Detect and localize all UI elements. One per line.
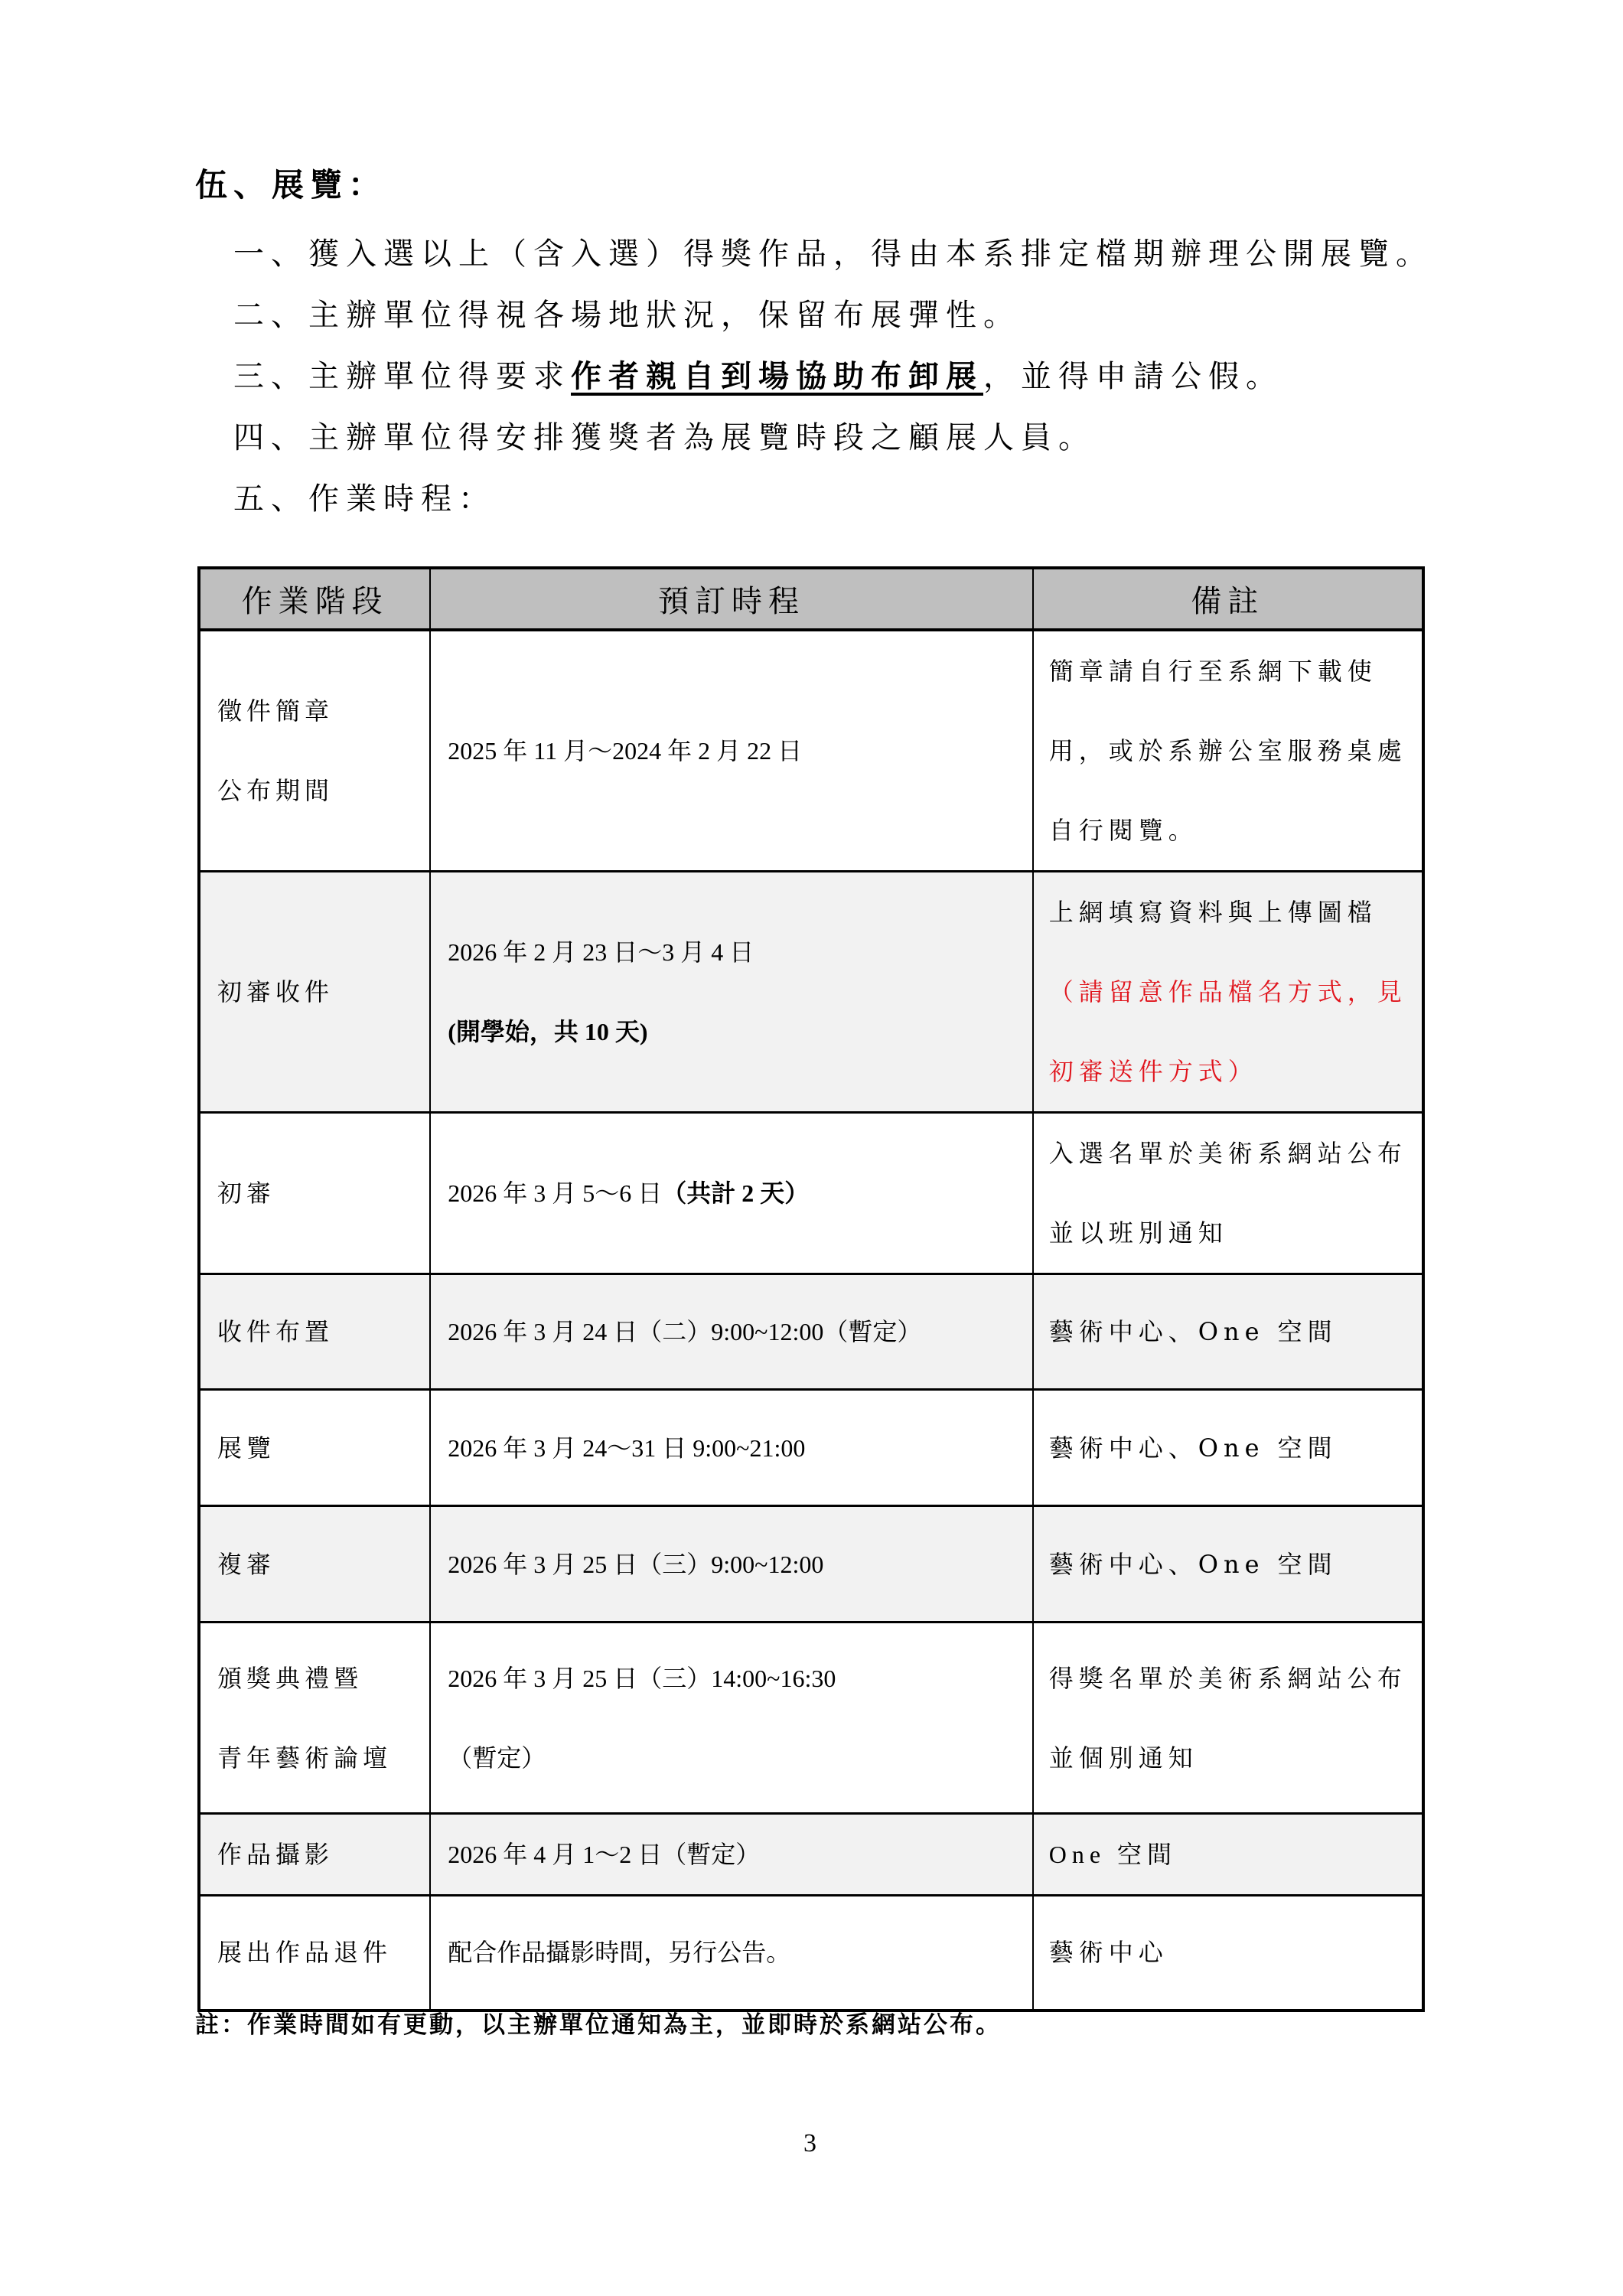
schedule-footnote: 註：作業時間如有更動，以主辦單位通知為主，並即時於系網站公布。 — [195, 2005, 1002, 2040]
remark-cell: 藝術中心、One 空間 — [1033, 1506, 1423, 1623]
remark-cell: 得獎名單於美術系網站公布 並個別通知 — [1033, 1623, 1423, 1814]
filename-warning: （請留意作品檔名方式，見 — [1049, 952, 1422, 1032]
list-item-prefix: 三、主辦單位得要求 — [233, 359, 571, 394]
table-header-row: 作業階段 預訂時程 備註 — [199, 568, 1423, 630]
header-schedule: 預訂時程 — [430, 568, 1032, 630]
header-stage: 作業階段 — [199, 568, 430, 630]
schedule-cell: 2026 年 3 月 24 日（二）9:00~12:00（暫定） — [430, 1274, 1032, 1390]
stage-cell: 頒獎典禮暨 青年藝術論壇 — [199, 1623, 430, 1814]
remark-cell: 上網填寫資料與上傳圖檔 （請留意作品檔名方式，見 初審送件方式） — [1033, 872, 1423, 1113]
filename-warning: 初審送件方式） — [1049, 1032, 1422, 1111]
header-remark: 備註 — [1033, 568, 1423, 630]
stage-cell: 複審 — [199, 1506, 430, 1623]
schedule-table: 作業階段 預訂時程 備註 徵件簡章 公布期間 2025 年 11 月～2024 … — [197, 566, 1425, 2012]
stage-cell: 展覽 — [199, 1390, 430, 1506]
stage-cell: 初審收件 — [199, 872, 430, 1113]
section-heading: 伍、展覽： — [195, 164, 386, 207]
remark-cell: 藝術中心、One 空間 — [1033, 1390, 1423, 1506]
remark-cell: 簡章請自行至系網下載使 用，或於系辦公室服務桌處 自行閱覽。 — [1033, 630, 1423, 872]
list-item: 四、主辦單位得安排獲獎者為展覽時段之顧展人員。 — [233, 407, 1433, 468]
table-row: 初審 2026 年 3 月 5～6 日（共計 2 天） 入選名單於美術系網站公布… — [199, 1113, 1423, 1274]
stage-cell: 作品攝影 — [199, 1814, 430, 1896]
schedule-cell: 2026 年 3 月 24～31 日 9:00~21:00 — [430, 1390, 1032, 1506]
list-item: 三、主辦單位得要求作者親自到場協助布卸展，並得申請公假。 — [233, 346, 1433, 407]
schedule-cell: 2026 年 3 月 25 日（三）14:00~16:30 （暫定） — [430, 1623, 1032, 1814]
table-row: 徵件簡章 公布期間 2025 年 11 月～2024 年 2 月 22 日 簡章… — [199, 630, 1423, 872]
list-item-suffix: ，並得申請公假。 — [983, 359, 1283, 394]
remark-cell: One 空間 — [1033, 1814, 1423, 1896]
exhibition-rules-list: 一、獲入選以上（含入選）得獎作品，得由本系排定檔期辦理公開展覽。 二、主辦單位得… — [233, 223, 1433, 530]
list-item: 一、獲入選以上（含入選）得獎作品，得由本系排定檔期辦理公開展覽。 — [233, 223, 1433, 285]
schedule-duration-note: （共計 2 天） — [662, 1179, 809, 1207]
table-row: 收件布置 2026 年 3 月 24 日（二）9:00~12:00（暫定） 藝術… — [199, 1274, 1423, 1390]
stage-cell: 展出作品退件 — [199, 1896, 430, 2011]
schedule-cell: 2026 年 4 月 1～2 日（暫定） — [430, 1814, 1032, 1896]
schedule-cell: 2026 年 2 月 23 日～3 月 4 日 (開學始，共 10 天) — [430, 872, 1032, 1113]
table-row: 展出作品退件 配合作品攝影時間，另行公告。 藝術中心 — [199, 1896, 1423, 2011]
table-row: 複審 2026 年 3 月 25 日（三）9:00~12:00 藝術中心、One… — [199, 1506, 1423, 1623]
remark-cell: 入選名單於美術系網站公布 並以班別通知 — [1033, 1113, 1423, 1274]
table-row: 展覽 2026 年 3 月 24～31 日 9:00~21:00 藝術中心、On… — [199, 1390, 1423, 1506]
remark-cell: 藝術中心、One 空間 — [1033, 1274, 1423, 1390]
table-row: 初審收件 2026 年 2 月 23 日～3 月 4 日 (開學始，共 10 天… — [199, 872, 1423, 1113]
table-row: 頒獎典禮暨 青年藝術論壇 2026 年 3 月 25 日（三）14:00~16:… — [199, 1623, 1423, 1814]
table-row: 作品攝影 2026 年 4 月 1～2 日（暫定） One 空間 — [199, 1814, 1423, 1896]
page-number: 3 — [803, 2129, 816, 2158]
stage-cell: 收件布置 — [199, 1274, 430, 1390]
list-item: 二、主辦單位得視各場地狀況，保留布展彈性。 — [233, 285, 1433, 346]
schedule-cell: 配合作品攝影時間，另行公告。 — [430, 1896, 1032, 2011]
schedule-duration-note: (開學始，共 10 天) — [448, 992, 1031, 1071]
emphasized-requirement: 作者親自到場協助布卸展 — [571, 358, 983, 394]
list-item: 五、作業時程： — [233, 468, 1433, 530]
stage-cell: 徵件簡章 公布期間 — [199, 630, 430, 872]
remark-cell: 藝術中心 — [1033, 1896, 1423, 2011]
schedule-cell: 2026 年 3 月 5～6 日（共計 2 天） — [430, 1113, 1032, 1274]
stage-cell: 初審 — [199, 1113, 430, 1274]
schedule-cell: 2026 年 3 月 25 日（三）9:00~12:00 — [430, 1506, 1032, 1623]
schedule-cell: 2025 年 11 月～2024 年 2 月 22 日 — [430, 630, 1032, 872]
